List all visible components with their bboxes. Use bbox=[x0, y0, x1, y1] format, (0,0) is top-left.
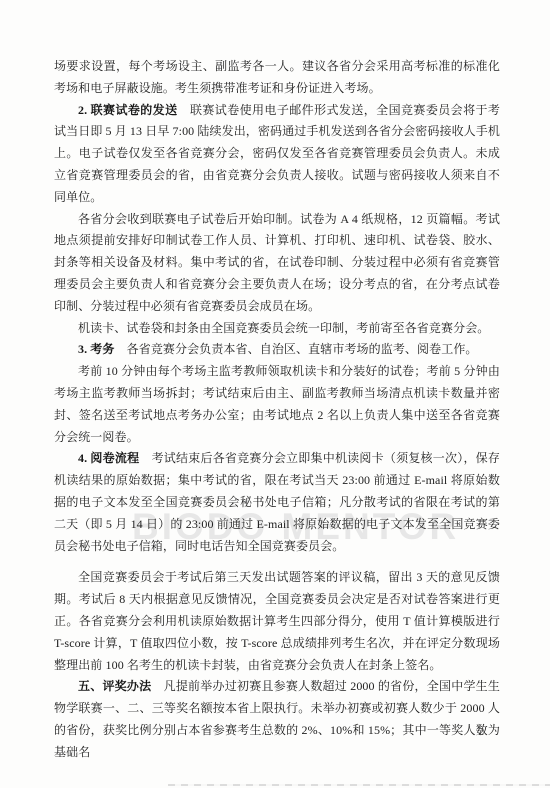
paragraph: 场要求设置，每个考场设主、副监考各一人。建议各省分会采用高考标准的标准化考场和电… bbox=[54, 56, 500, 100]
section-heading: 2. 联赛试卷的发送 bbox=[78, 103, 178, 117]
paragraph: 各省分会收到联赛电子试卷后开始印制。试卷为 A 4 纸规格，12 页篇幅。考试地… bbox=[54, 209, 500, 318]
section-heading: 五、评奖办法 bbox=[78, 679, 151, 693]
document-page: BIODO MENTOR 场要求设置，每个考场设主、副监考各一人。建议各省分会采… bbox=[0, 0, 550, 788]
page-number: 2 bbox=[479, 726, 485, 738]
paragraph: 2. 联赛试卷的发送 联赛试卷使用电子邮件形式发送，全国竞赛委员会将于考试当日即… bbox=[54, 100, 500, 209]
paragraph: 4. 阅卷流程 考试结束后各省竞赛分会立即集中机读阅卡（须复核一次），保存机读结… bbox=[54, 448, 500, 557]
body-text: 全国竞赛委员会于考试后第三天发出试题答案的评议稿，留出 3 天的意见反馈期。考试… bbox=[54, 570, 500, 671]
body-text: 场要求设置，每个考场设主、副监考各一人。建议各省分会采用高考标准的标准化考场和电… bbox=[54, 59, 500, 95]
document-body: 场要求设置，每个考场设主、副监考各一人。建议各省分会采用高考标准的标准化考场和电… bbox=[54, 56, 500, 764]
body-text: 各省分会收到联赛电子试卷后开始印制。试卷为 A 4 纸规格，12 页篇幅。考试地… bbox=[54, 212, 500, 313]
body-text: 联赛试卷使用电子邮件形式发送，全国竞赛委员会将于考试当日即 5 月 13 日早 … bbox=[54, 103, 500, 204]
section-heading: 4. 阅卷流程 bbox=[78, 451, 139, 465]
paragraph: 考前 10 分钟由每个考场主监考教师领取机读卡和分装好的试卷；考前 5 分钟由考… bbox=[54, 361, 500, 448]
body-text: 考前 10 分钟由每个考场主监考教师领取机读卡和分装好的试卷；考前 5 分钟由考… bbox=[54, 364, 500, 443]
body-text: 各省竞赛分会负责本省、自治区、直辖市考场的监考、阅卷工作。 bbox=[115, 342, 478, 356]
section-heading: 3. 考务 bbox=[78, 342, 115, 356]
body-text: 机读卡、试卷袋和封条由全国竞赛委员会统一印制，考前寄至各省竞赛分会。 bbox=[78, 321, 489, 335]
paragraph: 3. 考务 各省竞赛分会负责本省、自治区、直辖市考场的监考、阅卷工作。 bbox=[54, 339, 500, 361]
scan-artifact-line bbox=[168, 784, 550, 786]
body-text: 考试结束后各省竞赛分会立即集中机读阅卡（须复核一次），保存机读结果的原始数据；集… bbox=[54, 451, 500, 552]
paragraph: 五、评奖办法 凡提前举办过初赛且参赛人数超过 2000 的省份，全国中学生生物学… bbox=[54, 676, 500, 763]
paragraph: 机读卡、试卷袋和封条由全国竞赛委员会统一印制，考前寄至各省竞赛分会。 bbox=[54, 318, 500, 340]
paragraph: 全国竞赛委员会于考试后第三天发出试题答案的评议稿，留出 3 天的意见反馈期。考试… bbox=[54, 567, 500, 676]
